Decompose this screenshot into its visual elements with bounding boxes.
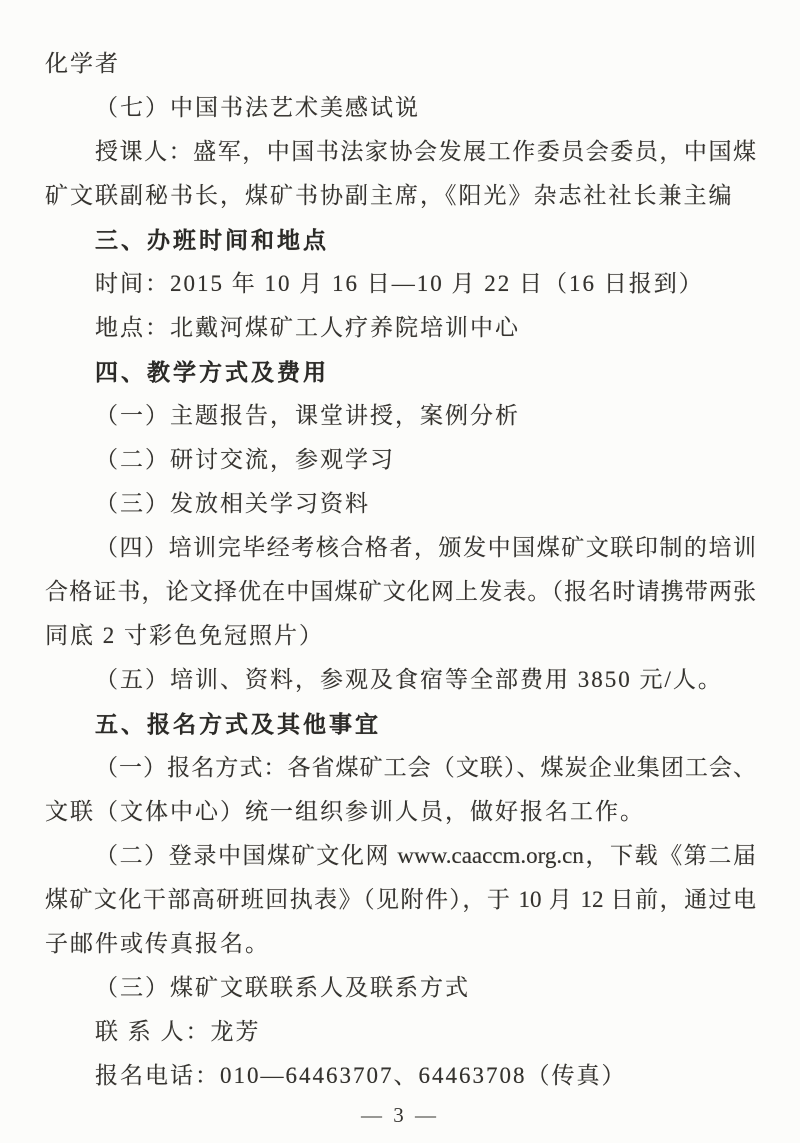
document-body: 化学者（七）中国书法艺术美感试说授课人：盛军，中国书法家协会发展工作委员会委员，…: [45, 42, 756, 1098]
text-line: 同底 2 寸彩色免冠照片）: [45, 614, 756, 658]
section-heading: 三、办班时间和地点: [45, 218, 756, 262]
text-line: （二）研讨交流，参观学习: [45, 438, 756, 482]
text-line: 煤矿文化干部高研班回执表》（见附件），于 10 月 12 日前，通过电: [45, 878, 756, 922]
text-line: 时间：2015 年 10 月 16 日—10 月 22 日（16 日报到）: [45, 262, 756, 306]
text-line: （五）培训、资料，参观及食宿等全部费用 3850 元/人。: [45, 658, 756, 702]
text-line: （一）主题报告，课堂讲授，案例分析: [45, 394, 756, 438]
text-line: 授课人：盛军，中国书法家协会发展工作委员会委员，中国煤: [45, 130, 756, 174]
text-line: 合格证书，论文择优在中国煤矿文化网上发表。（报名时请携带两张: [45, 570, 756, 614]
text-line: 地点：北戴河煤矿工人疗养院培训中心: [45, 306, 756, 350]
text-line: （三）发放相关学习资料: [45, 482, 756, 526]
section-heading: 四、教学方式及费用: [45, 350, 756, 394]
text-line: （七）中国书法艺术美感试说: [45, 86, 756, 130]
text-line: （三）煤矿文联联系人及联系方式: [45, 966, 756, 1010]
text-line: （一）报名方式：各省煤矿工会（文联）、煤炭企业集团工会、: [45, 746, 756, 790]
text-line: 联 系 人：龙芳: [45, 1010, 756, 1054]
section-heading: 五、报名方式及其他事宜: [45, 702, 756, 746]
text-line: 矿文联副秘书长，煤矿书协副主席，《阳光》杂志社社长兼主编: [45, 174, 756, 218]
text-line: 化学者: [45, 42, 756, 86]
text-line: （二）登录中国煤矿文化网 www.caaccm.org.cn，下载《第二届: [45, 834, 756, 878]
text-line: 文联（文体中心）统一组织参训人员，做好报名工作。: [45, 790, 756, 834]
text-line: （四）培训完毕经考核合格者，颁发中国煤矿文联印制的培训: [45, 526, 756, 570]
page-number: — 3 —: [0, 1100, 800, 1130]
text-line: 子邮件或传真报名。: [45, 922, 756, 966]
document-page: 化学者（七）中国书法艺术美感试说授课人：盛军，中国书法家协会发展工作委员会委员，…: [0, 0, 800, 1143]
text-line: 报名电话：010—64463707、64463708（传真）: [45, 1054, 756, 1098]
